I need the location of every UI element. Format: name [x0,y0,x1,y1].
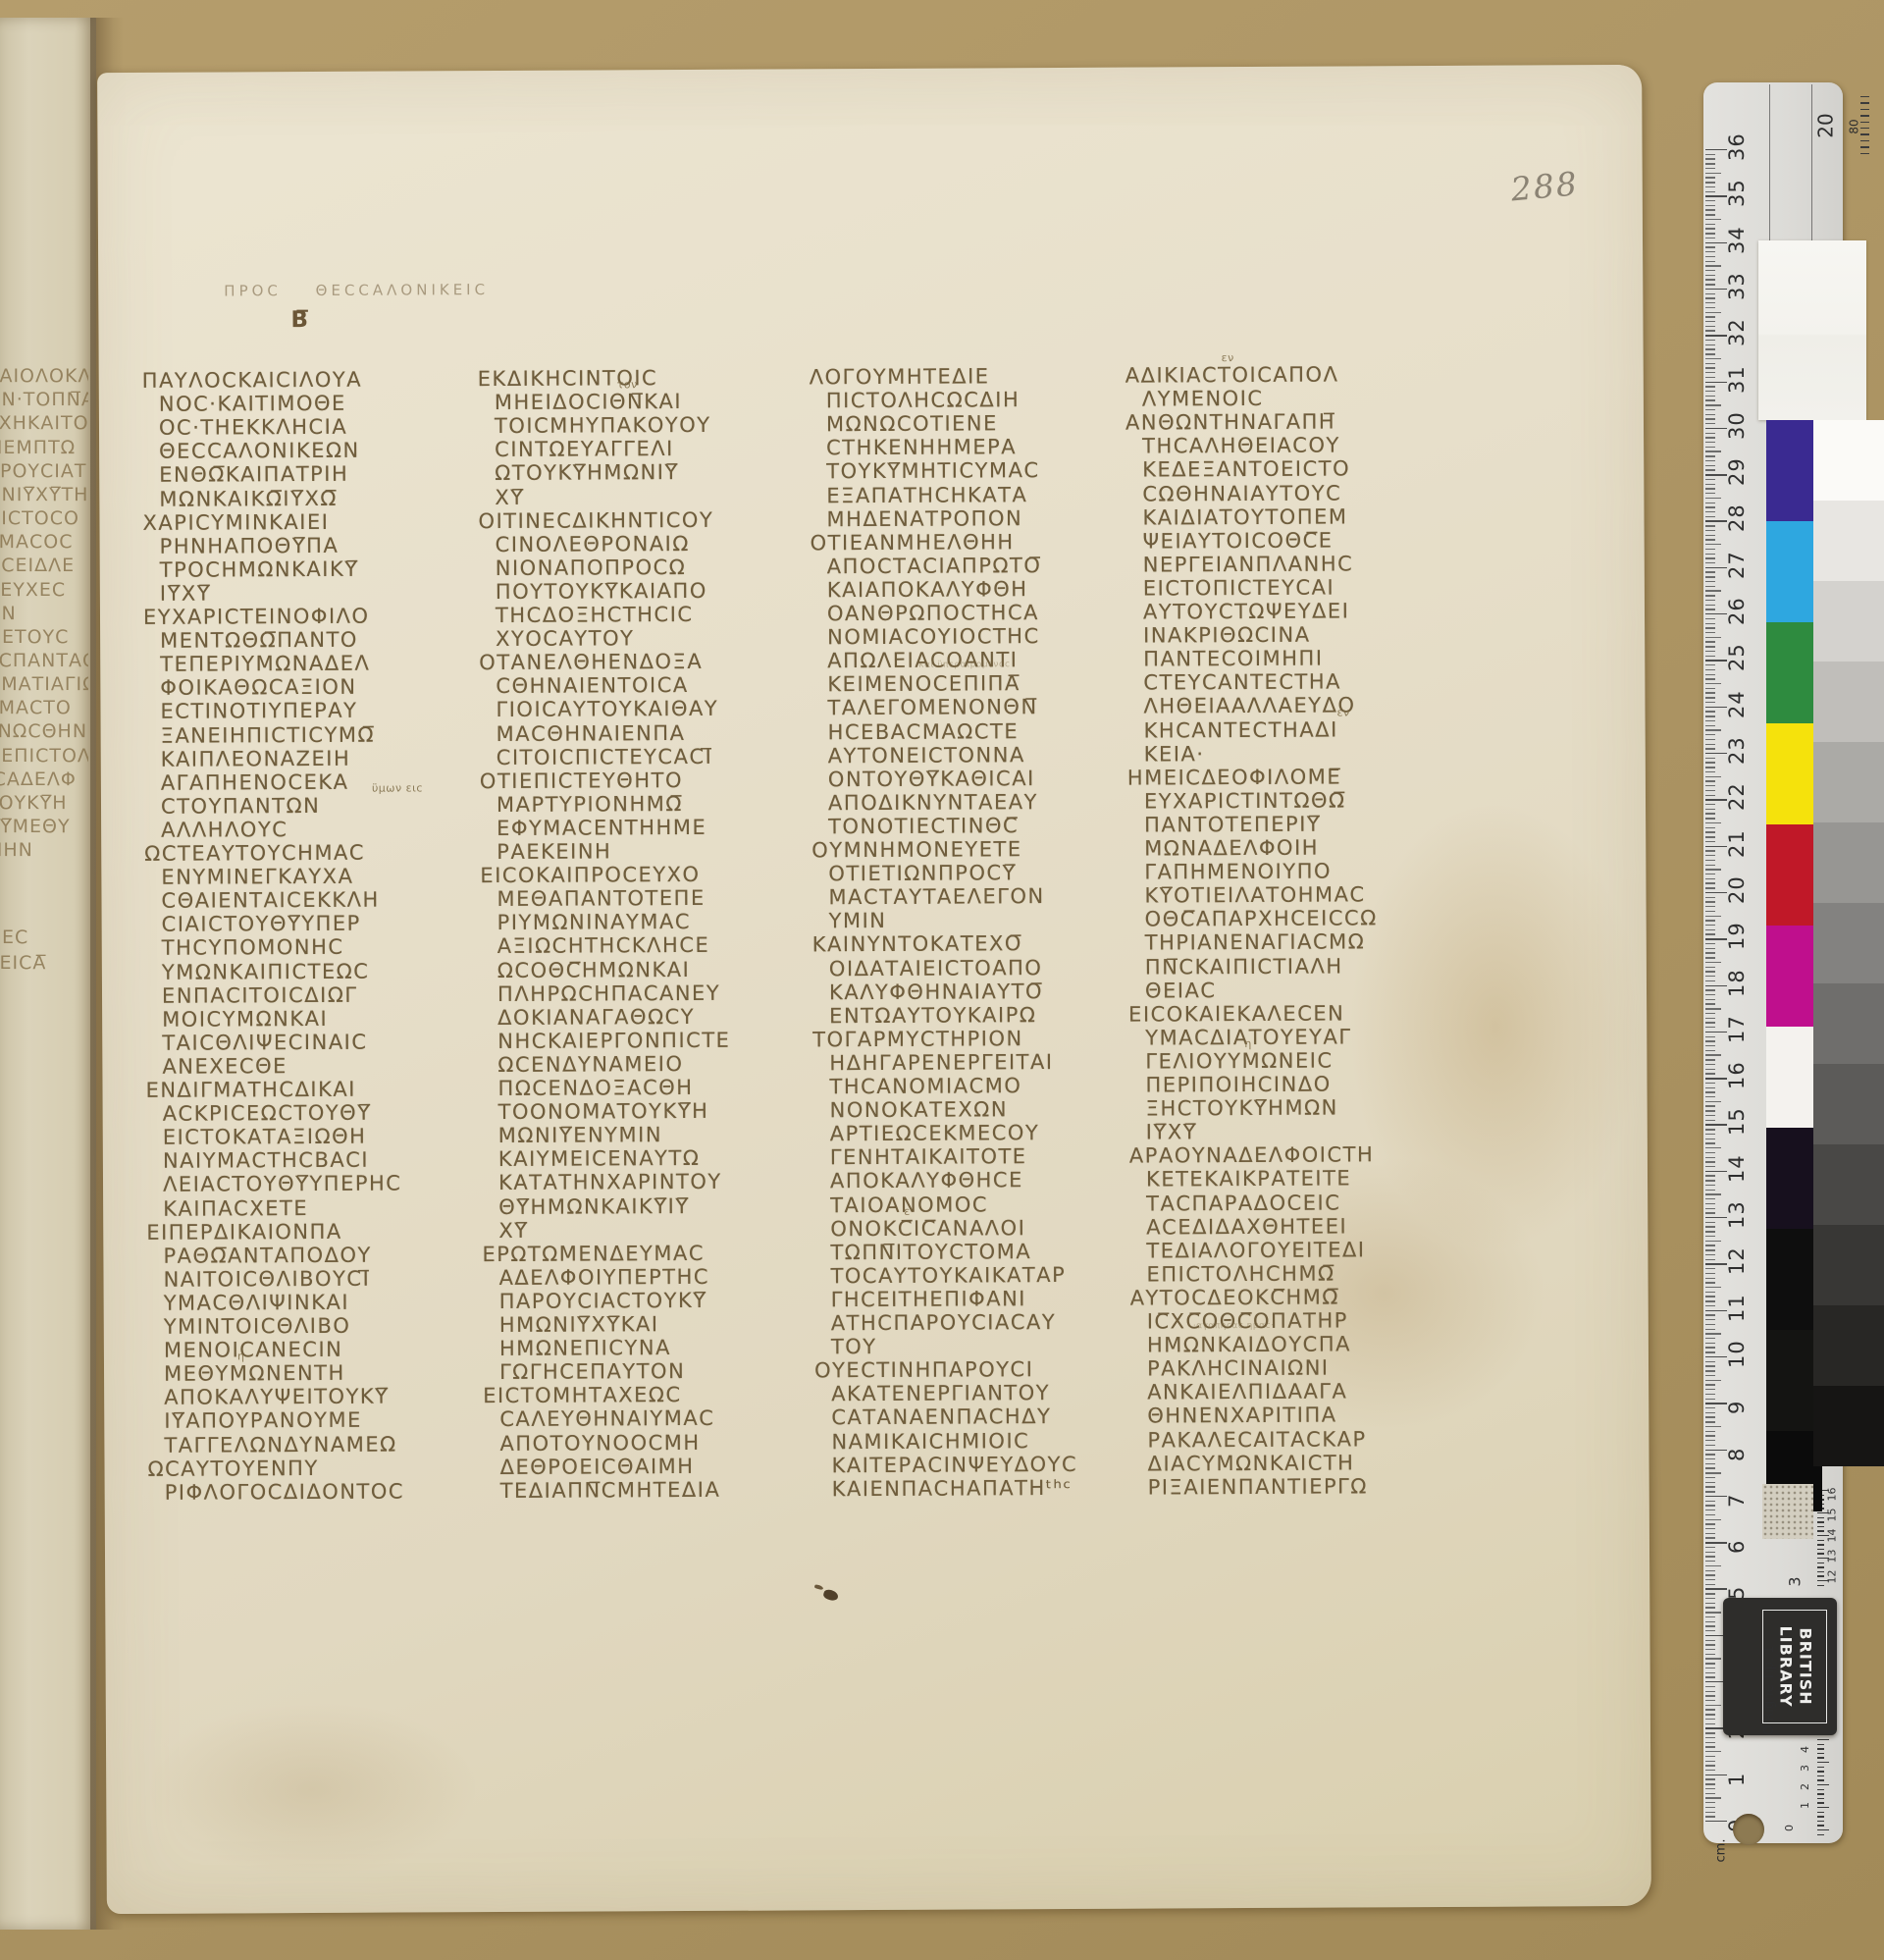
ruler-tick [1705,1241,1721,1242]
manuscript-line: ΟΝΟΚϹ̅ΙϹ̅ΑΝΑΛΟΙ [813,1216,1025,1241]
manuscript-line: ΛΕΙΑϹΤΟΥΘΥ̅ΥΠΕΡΗϹ [146,1172,402,1196]
manuscript-line: ΑΠΟΔΙΚΝΥΝΤΑΕΑΥ [811,790,1038,815]
ruler-number: 28 [1725,508,1749,532]
ruler-hole [1733,1814,1764,1845]
manuscript-line: ΕΙϹΤΟΚΑΤΑΞΙΩΘΗ [146,1125,367,1149]
facing-fragment: ΜΕΜΠΤΩ [0,437,88,458]
manuscript-line: ΑΚΑΤΕΝΕΡΓΙΑΝΤΟΥ [814,1381,1050,1405]
ruler-number: 33 [1725,277,1749,300]
ruler-number: 15 [1725,1112,1749,1136]
inner-ruler-tick [1817,1744,1824,1745]
facing-fragment: ΜΗΝ [0,839,88,861]
ruler-tick [1705,1570,1715,1571]
ruler-tick [1705,1091,1715,1092]
ruler-tick [1705,1231,1715,1232]
manuscript-line: ΤΑϹΠΑΡΑΔΟϹΕΙϹ [1129,1191,1340,1215]
manuscript-line: ΗΜΕΙϹΔΕΟΦΙΛΟΜΕ̅ [1127,765,1341,789]
ruler-tick [1705,1324,1715,1325]
ruler-tick [1705,1175,1715,1176]
manuscript-line: ΤΟΟΝΟΜΑΤΟΥΚΥ̅Η [482,1099,709,1124]
ruler-tick [1705,1343,1715,1344]
manuscript-line: ΓΗϹΕΙΤΗΕΠΙΦΑΝΙ [814,1287,1026,1311]
ruler-tick [1705,920,1715,921]
ruler-tick [1705,1300,1715,1301]
manuscript-line: ϹΙΝΟΛΕΘΡΟΝΑΙΩ [479,532,690,556]
manuscript-line: ΑΥΤΟΝΕΙϹΤΟΝΝΑ [811,743,1025,768]
ruler-tick [1705,1519,1721,1520]
ruler-tick [1705,855,1715,856]
manuscript-line: ΚΑΙΤΕΡΑϹΙΝΨΕΥΔΟΥϹ [814,1453,1077,1477]
ruler-tick [1705,1477,1715,1478]
manuscript-line: ΜΕΘΑΠΑΝΤΟΤΕΠΕ [480,886,705,911]
gray-step [1813,1305,1884,1386]
ruler-tick [1705,1370,1715,1371]
manuscript-line: ΘΕΙΑϹ [1128,979,1217,1002]
ruler-tick [1705,567,1727,568]
ruler-tick [1705,1407,1715,1408]
ruler-tick [1705,246,1715,247]
manuscript-line: ΠΛΗΡΩϹΗΠΑϹΑΝΕΥ [481,980,720,1005]
ruler-tick [1705,1778,1715,1779]
ruler-tick [1705,767,1715,768]
ruler-number: 26 [1725,602,1749,625]
ruler-tick [1705,1147,1721,1148]
inner-ruler-tick [1817,1549,1824,1550]
ruler-tick [1705,1073,1715,1074]
ruler-tick [1705,734,1715,735]
ruler-tick [1705,158,1715,159]
ruler-tick [1705,275,1715,276]
ruler-number: 7 [1725,1484,1749,1508]
ruler-tick [1705,168,1715,169]
ruler-tick [1705,641,1715,642]
manuscript-line: ΚΑΙΠΑϹΧΕΤΕ [146,1196,308,1221]
manuscript-line: ΟΑΝΘΡΩΠΟϹΤΗϹΑ [811,601,1039,625]
manuscript-line: ΔΙΑϹΥΜΩΝΚΑΙϹΤΗ [1130,1451,1354,1475]
ruler-tick [1705,1523,1715,1524]
ruler-tick [1705,841,1715,842]
ruler-tick [1705,943,1715,944]
ruler-tick [1705,711,1715,712]
facing-fragment: ΩΝΙΥ̅ΧΥ̅ΤΗ [0,484,88,505]
ruler-number: 11 [1725,1298,1749,1322]
ruler-tick [1705,1394,1715,1395]
ruler-tick [1705,209,1715,210]
manuscript-line: ΑΓΑΠΗΕΝΟϹΕΚΑ [144,769,349,794]
ruler-tick [1705,506,1715,507]
manuscript-line: ΝΕΡΓΕΙΑΝΠΛΑΝΗϹ [1126,552,1354,576]
ruler-tick [1705,1356,1727,1357]
inner-ruler-tick [1817,1748,1824,1749]
ruler-tick [1705,1124,1727,1125]
ruler-tick [1705,1338,1715,1339]
manuscript-line: ΗΜΩΝΚΑΙΔΟΥϹΠΑ [1130,1333,1351,1357]
ink-blot [822,1588,839,1602]
manuscript-line: ΤΑΙϹΘΛΙΨΕϹΙΝΑΙϹ [145,1031,367,1055]
ruler-tick [1705,1115,1715,1116]
ruler-tick [1705,1278,1715,1279]
manuscript-line: ΚΕΔΕΞΑΝΤΟΕΙϹΤΟ [1125,457,1350,482]
ruler-tick [1705,1496,1727,1497]
inner-ruler-tick [1817,1571,1824,1572]
manuscript-line: ΑΥΤΟϹΔΕΟΚϹ̅ΗΜΩ̅ [1130,1285,1339,1309]
manuscript-line: ΝΑΜΙΚΑΙϹΗΜΙΟΙϹ [814,1429,1029,1454]
manuscript-line: ΕΝΘΩ̅ΚΑΙΠΑΤΡΙΗ [142,462,348,487]
ruler-tick [1705,674,1715,675]
ruler-tick [1705,1208,1715,1209]
ruler-tick [1705,186,1715,187]
manuscript-line: ΧΥΟϹΑΥΤΟΥ [479,626,634,651]
ruler-tick [1705,1431,1715,1432]
ruler-tick [1705,270,1715,271]
ruler-tick [1705,1467,1715,1468]
ruler-tick [1705,1384,1715,1385]
manuscript-line: ΤΑΙΟΑΝΟΜΟϹ [813,1192,988,1217]
inner-ruler-tick [1817,1517,1824,1518]
ruler-tick [1705,887,1715,888]
inner-ruler-tick [1817,1566,1824,1567]
ruler-tick [1705,720,1715,721]
gray-step [1813,1144,1884,1225]
parchment-page: 288 ΠΡΟϹ ΘΕϹϹΑΛΟΝΙΚΕΙϹ Β̅ ΠΑΥΛΟϹΚΑΙϹΙΛΟΥ… [97,65,1651,1914]
ruler-tick [1705,474,1727,475]
manuscript-line: ΔΕΘΡΟΕΙϹΘΑΙΜΗ [483,1455,694,1479]
manuscript-line: ΩϹΑΥΤΟΥΕΝΠΥ [147,1457,318,1481]
ruler-tick [1860,115,1869,116]
manuscript-line: ΠΑΥΛΟϹΚΑΙϹΙΛΟΥΑ [142,368,362,393]
manuscript-line: ΕΙϹΟΚΑΙΕΚΑΛΕϹΕΝ [1128,1001,1344,1026]
manuscript-line: ΤΗϹΑΛΗΘΕΙΑϹΟΥ [1125,434,1340,458]
inner-ruler-tick [1817,1563,1824,1563]
ruler-tick [1705,581,1715,582]
manuscript-line: ϹΩΘΗΝΑΙΑΥΤΟΥϹ [1125,481,1341,505]
manuscript-line: ΑΝΘΩΝΤΗΝΑΓΑΠΗ̅ [1125,410,1335,435]
ruler-tick [1705,1426,1721,1427]
ruler-tick [1705,846,1727,847]
ruler-tick [1705,1542,1727,1543]
ruler-tick [1705,460,1715,461]
inner-ruler-tick [1817,1540,1824,1541]
manuscript-line: ΙΥ̅ΧΥ̅ [1129,1120,1197,1143]
manuscript-line: ΤΟΥ [814,1335,877,1358]
manuscript-line: ΕΙΠΕΡΔΙΚΑΙΟΝΠΑ [146,1219,342,1244]
facing-fragment: ΥΜΑϹΤΟ [0,697,88,718]
inner-ruler-tick [1817,1789,1824,1790]
manuscript-line: ΤΗϹΥΠΟΜΟΝΗϹ [145,935,344,960]
manuscript-line: ΚΑΙΠΛΕΟΝΑΖΕΙΗ [144,746,351,770]
ruler-number: 19 [1725,927,1749,950]
ruler-tick [1705,1292,1715,1293]
manuscript-line: ΜΗΔΕΝΑΤΡΟΠΟΝ [810,506,1022,531]
inner-ruler-tick [1817,1784,1829,1785]
manuscript-line: ΤΑΓΓΕΛΩΝΔΥΝΑΜΕΩ [147,1432,396,1457]
manuscript-line: ΝΟΝΟΚΑΤΕΧΩΝ [813,1097,1008,1122]
ruler-tick [1705,493,1715,494]
manuscript-line: ΜΕΝΤΩΘΩ̅ΠΑΝΤΟ [143,628,358,653]
ruler-tick [1705,715,1715,716]
ruler-tick [1705,1036,1715,1037]
ruler-tick [1705,554,1715,555]
ruler-number: 32 [1725,323,1749,346]
worn-patch-area [1762,1484,1813,1539]
ruler-tick [1705,1686,1715,1687]
ruler-tick [1705,1361,1715,1362]
manuscript-line: ϹΑΤΑΝΑΕΝΠΑϹΗΔΥ [814,1404,1051,1429]
ruler-tick [1705,664,1715,665]
manuscript-line: ΓΙΟΙϹΑΥΤΟΥΚΑΙΘΑΥ [479,697,718,721]
ruler-tick [1705,1003,1715,1004]
ruler-tick [1705,1263,1727,1264]
ruler-tick [1705,479,1715,480]
inner-scale-number: 15 [1826,1509,1839,1522]
ruler-tick [1705,455,1715,456]
ruler-tick [1705,340,1715,341]
ruler-tick [1705,1217,1727,1218]
ruler-tick [1860,102,1869,103]
ruler-tick [1705,1812,1715,1813]
manuscript-line: ΗΜΩΝΙΥ̅ΧΥ̅ΚΑΙ [483,1312,659,1337]
ruler-tick [1705,590,1721,591]
ruler-tick [1705,1110,1715,1111]
ruler-tick [1705,985,1727,986]
ruler-tick [1705,1389,1715,1390]
manuscript-line: ΤΡΟϹΗΜΩΝΚΑΙΚΥ̅ [143,557,359,582]
ruler-tick [1705,1528,1715,1529]
ruler-tick [1705,1193,1721,1194]
ruler-tick [1705,228,1715,229]
ruler-tick [1705,1305,1715,1306]
inner-ruler-tick [1817,1757,1824,1758]
facing-fragment: ΚΕΙϹΑ̅ [0,952,88,974]
ruler-tick [1705,1078,1727,1079]
correction-note: ϋμων ειϲ [372,781,423,794]
inner-scale-number: 13 [1826,1550,1839,1563]
text-column-2: ΕΚΔΙΚΗϹΙΝΤΟΙϹΜΗΕΙΔΟϹΙΘΝ̅ΚΑΙΤΟΙϹΜΗΥΠΑΚΟΥΟ… [478,365,802,367]
facing-fragment: ΧΥ̅ΜΕΘΥ [0,816,88,837]
ruler-tick [1705,799,1727,800]
ruler-tick [1705,1612,1721,1613]
ruler-tick [1705,1537,1715,1538]
manuscript-line: ΙΥ̅ΧΥ̅ [143,581,211,605]
manuscript-line: ϹΙΝΤΩΕΥΑΓΓΕΛΙ [478,437,674,461]
inner-scale-number: 4 [1799,1746,1811,1753]
ruler-tick [1705,1440,1715,1441]
manuscript-line: ΡΑΚΛΗϹΙΝΑΙΩΝΙ [1130,1356,1330,1381]
ruler-tick [1705,1161,1715,1162]
ruler-tick [1705,1593,1715,1594]
ruler-tick [1705,535,1715,536]
manuscript-line: ΡΑΚΑΛΕϹΑΙΤΑϹΚΑΡ [1130,1427,1366,1452]
manuscript-line: ΚΕΙΜΕΝΟϹΕΠΙΠΑ̅ [811,672,1020,697]
manuscript-line: ΤΗΡΙΑΝΕΝΑΓΙΑϹΜΩ [1128,930,1366,955]
ruler-tick [1705,484,1715,485]
ruler-tick [1705,748,1715,749]
ruler-tick [1705,869,1721,870]
gray-step [1813,581,1884,662]
ruler-tick [1705,1533,1715,1534]
manuscript-line: ΔΟΚΙΑΝΑΓΑΘΩϹΥ [481,1005,695,1030]
correction-note: τον [617,378,638,391]
ruler-tick [1705,1365,1715,1366]
manuscript-line: ΕΥΧΑΡΙϹΤΙΝΤΩΘΩ̅ [1127,788,1346,813]
manuscript-line: ΓΕΝΗΤΑΙΚΑΙΤΟΤΕ [813,1144,1027,1169]
ruler-tick [1705,1561,1715,1562]
ruler-tick [1705,1351,1715,1352]
ruler-tick [1705,1190,1715,1191]
ruler-tick [1705,1329,1715,1330]
ruler-tick [1705,678,1715,679]
manuscript-line: ΙΝΑΚΡΙΘΩϹΙΝΑ [1126,623,1311,648]
ruler-tick [1705,1547,1715,1548]
ruler-tick [1705,344,1715,345]
ruler-tick [1705,386,1715,387]
ruler-tick [1705,656,1715,657]
ruler-tick [1705,1598,1715,1599]
manuscript-line: ΗΜΩΝΕΠΙϹΥΝΑ [483,1336,671,1360]
manuscript-line: ΕΡΩΤΩΜΕΝΔΕΥΜΑϹ [482,1242,705,1266]
manuscript-line: ΘΗΝΕΝΧΑΡΙΤΙΠΑ [1130,1404,1336,1428]
ruler-tick [1705,1556,1715,1557]
ruler-tick [1705,1096,1715,1097]
text-column-4: ΑΔΙΚΙΑϹΤΟΙϹΑΠΟΛΛΥΜΕΝΟΙϹΑΝΘΩΝΤΗΝΑΓΑΠΗ̅ΤΗϹ… [1125,362,1449,364]
manuscript-line: ΑΝΚΑΙΕΛΠΙΔΑΑΓΑ [1130,1380,1347,1404]
facing-fragment: ΥΜΑϹΟϹ [0,531,88,553]
ruler-tick [1705,976,1715,977]
ruler-tick [1705,1505,1715,1506]
ruler-tick [1705,1797,1721,1798]
ruler-number: 13 [1725,1205,1749,1229]
ruler-tick [1705,1310,1727,1311]
manuscript-line: ΦΟΙΚΑΘΩϹΑΞΙΟΝ [143,675,356,700]
ruler-tick [1705,1212,1715,1213]
ruler-tick [1705,1129,1715,1130]
ruler-tick [1705,1273,1715,1274]
gray-step [1813,501,1884,581]
manuscript-line: ΝΟΜΙΑϹΟΥΙΟϹΤΗϹ [811,624,1040,649]
ruler-tick [1705,952,1715,953]
ruler-tick [1705,874,1715,874]
manuscript-line: ΠΑΝΤΟΤΕΠΕΡΙΥ̅ [1127,813,1321,837]
ruler-tick [1705,307,1715,308]
ruler-tick [1705,219,1721,220]
ruler-tick [1705,1347,1715,1348]
ruler-tick [1705,1268,1715,1269]
manuscript-line: ΗΔΗΓΑΡΕΝΕΡΓΕΙΤΑΙ [812,1050,1053,1075]
inner-ruler-tick [1817,1829,1829,1830]
ruler-tick [1705,999,1715,1000]
manuscript-line: ΡΑΘΩ̅ΑΝΤΑΠΟΔΟΥ [146,1243,372,1267]
manuscript-line: ΛΟΓΟΥΜΗΤΕΔΙΕ [810,364,990,389]
manuscript-line: ΜΟΙϹΥΜΩΝΚΑΙ [145,1007,328,1032]
ruler-tick [1705,1416,1715,1417]
inner-ruler-tick [1817,1521,1824,1522]
ruler-tick [1705,813,1715,814]
ruler-tick [1705,1226,1715,1227]
manuscript-line: ΜΑϹΘΗΝΑΙΕΝΠΑ [480,721,686,746]
manuscript-line: ΤΟΝΟΤΙΕϹΤΙΝΘϹ̅ [811,814,1019,838]
ruler-tick [1705,450,1721,451]
manuscript-line: ΧΥ̅ [482,1218,528,1242]
ruler-tick [1705,1491,1715,1492]
facing-fragment: ΩΝ·ΤΟΠΝ̅Α [0,389,88,410]
ruler-tick [1705,762,1715,763]
ruler-tick [1705,1625,1715,1626]
manuscript-line: ΑΥΤΟΥϹΤΩΨΕΥΔΕΙ [1126,599,1349,623]
facing-fragment: ΠΙϹΤΟϹΟ [0,507,88,529]
ruler-tick [1705,971,1715,972]
ruler-tick [1705,549,1715,550]
ruler-tick [1705,637,1721,638]
ruler-tick [1705,1157,1715,1158]
ruler-tick [1705,1008,1721,1009]
ruler-tick [1705,933,1715,934]
manuscript-line: ΥΜΑϹΘΛΙΨΙΝΚΑΙ [147,1291,349,1315]
ruler-tick [1705,396,1715,397]
facing-page-edge: ΚΑΙΟΛΟΚΛΗΩΝ·ΤΟΠΝ̅ΑΥΧΗΚΑΙΤΟΜΕΜΠΤΩΑΡΟΥϹΙΑΤ… [0,18,96,1930]
ruler-tick [1705,428,1727,429]
ruler-tick [1705,289,1727,290]
manuscript-line: ΤΟΥΚΥ̅ΜΗΤΙϹΥΜΑϹ [810,459,1039,484]
ruler-tick [1705,465,1715,466]
ruler-number: 24 [1725,695,1749,718]
ruler-tick [1705,1314,1715,1315]
ruler-tick [1705,1816,1715,1817]
ruler-tick [1705,651,1715,652]
ruler-tick [1705,906,1715,907]
correction-note: η [237,1351,245,1363]
ruler-tick [1705,358,1721,359]
ruler-tick [1705,1751,1721,1752]
manuscript-line: ΜΕΘΥΜΩΝΕΝΤΗ [147,1361,345,1386]
ruler-tick [1705,827,1715,828]
ruler-tick [1705,729,1721,730]
manuscript-line: ΕΙϹΟΚΑΙΠΡΟϹΕΥΧΟ [480,863,700,887]
ruler-tick [1705,1333,1721,1334]
manuscript-line: ΥΜΙΝΤΟΙϹΘΛΙΒΟ [147,1314,351,1339]
inner-ruler-tick [1817,1526,1824,1527]
ruler-tick [1705,293,1715,294]
ruler-tick [1705,605,1715,606]
inner-ruler-tick [1817,1793,1824,1794]
manuscript-line: ΕΞΑΠΑΤΗϹΗΚΑΤΑ [810,483,1027,507]
manuscript-line: ϹΙΑΙϹΤΟΥΘΥ̅ΥΠΕΡ [145,912,361,936]
ruler-number: 18 [1725,974,1749,997]
ruler-tick [1705,1732,1715,1733]
inner-scale-number: 3 [1786,1576,1805,1586]
manuscript-line: ΡΙΦΛΟΓΟϹΔΙΔΟΝΤΟϹ [148,1479,404,1504]
ruler-tick [1705,233,1715,234]
ruler-divider-line [1769,84,1770,241]
ruler-tick [1705,173,1721,174]
ruler-tick [1705,1259,1715,1260]
inner-scale-number: 1 [1799,1802,1811,1809]
ruler-tick [1705,707,1727,708]
ruler-tick [1705,1319,1715,1320]
ruler-tick [1705,1802,1715,1803]
manuscript-line: ΕϹΤΙΝΟΤΙΥΠΕΡΑΥ [143,699,357,723]
gray-step [1813,742,1884,822]
ruler-tick [1705,330,1715,331]
ruler-tick [1705,1245,1715,1245]
ruler-number: 34 [1725,231,1749,254]
ruler-tick [1705,284,1715,285]
inner-ruler-tick [1817,1779,1824,1780]
ruler-tick [1705,1742,1715,1743]
manuscript-line: ΓΑΠΗΜΕΝΟΙΥΠΟ [1127,860,1332,884]
ruler-tick [1705,702,1715,703]
ruler-tick [1705,224,1715,225]
inner-ruler-tick [1817,1821,1824,1822]
